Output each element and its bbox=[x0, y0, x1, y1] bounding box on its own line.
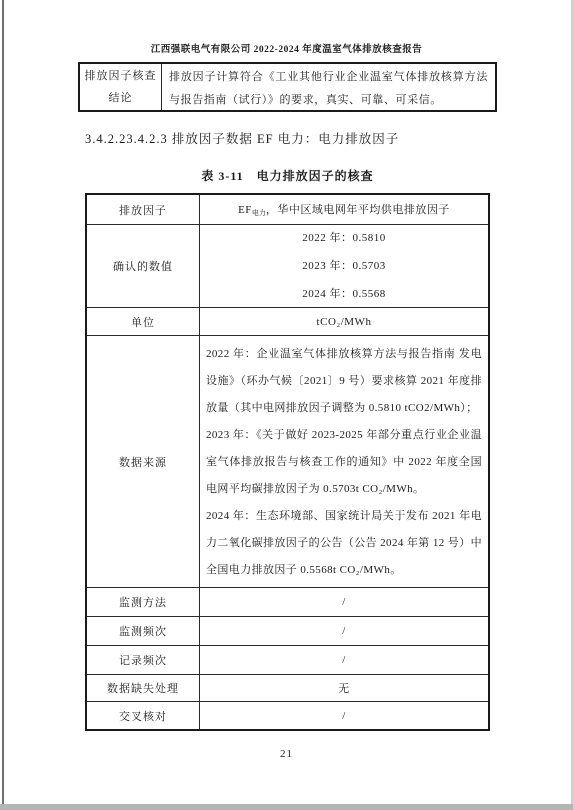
row-label-record-freq: 记录频次 bbox=[87, 646, 200, 674]
source-paragraph-2022: 2022 年：企业温室气体排放核算方法与报告指南 发电设施》（环办气候〔2021… bbox=[206, 341, 482, 422]
confirmed-value-2022: 2022 年：0.5810 bbox=[302, 224, 386, 252]
row-value-factor: EF电力，华中区域电网年平均供电排放因子 bbox=[200, 195, 488, 224]
row-value-record-freq: / bbox=[200, 646, 488, 674]
conclusion-label-line2: 结论 bbox=[109, 87, 133, 109]
row-label-unit: 单位 bbox=[87, 308, 200, 335]
section-heading: 3.4.2.23.4.2.3 排放因子数据 EF 电力：电力排放因子 bbox=[85, 129, 545, 147]
row-value-missing-data: 无 bbox=[200, 675, 488, 701]
table-row-monitor-method: 监测方法 / bbox=[87, 587, 488, 616]
row-label-confirmed: 确认的数值 bbox=[87, 225, 200, 307]
row-label-monitor-freq: 监测频次 bbox=[87, 617, 200, 645]
ef-symbol: EF电力，华中区域电网年平均供电排放因子 bbox=[238, 201, 450, 218]
table-row-data-source: 数据来源 2022 年：企业温室气体排放核算方法与报告指南 发电设施》（环办气候… bbox=[87, 335, 488, 587]
table-row-confirmed-values: 确认的数值 2022 年：0.5810 2023 年：0.5703 2024 年… bbox=[87, 224, 488, 307]
table-row-record-freq: 记录频次 / bbox=[87, 645, 488, 674]
conclusion-table: 排放因子核查 结论 排放因子计算符合《工业其他行业企业温室气体排放核算方法与报告… bbox=[78, 62, 497, 112]
ef-prefix: EF bbox=[238, 204, 252, 216]
table-row-missing-data: 数据缺失处理 无 bbox=[87, 674, 488, 701]
row-label-factor: 排放因子 bbox=[87, 195, 200, 224]
page-edge-left bbox=[2, 0, 4, 810]
table-title: 表 3-11 电力排放因子的核查 bbox=[85, 167, 490, 184]
row-value-cross-check: / bbox=[200, 702, 488, 729]
row-value-unit: tCO₂/MWh bbox=[200, 308, 488, 335]
table-row-unit: 单位 tCO₂/MWh bbox=[87, 307, 488, 335]
verification-table: 排放因子 EF电力，华中区域电网年平均供电排放因子 确认的数值 2022 年：0… bbox=[85, 193, 490, 731]
row-value-source: 2022 年：企业温室气体排放核算方法与报告指南 发电设施》（环办气候〔2021… bbox=[200, 336, 488, 587]
row-label-cross-check: 交叉核对 bbox=[87, 702, 200, 729]
ef-subscript: 电力 bbox=[252, 209, 266, 217]
table-row-monitor-freq: 监测频次 / bbox=[87, 616, 488, 645]
row-label-source: 数据来源 bbox=[87, 336, 200, 587]
row-value-monitor-freq: / bbox=[200, 617, 488, 645]
ef-description: ，华中区域电网年平均供电排放因子 bbox=[266, 204, 450, 216]
table-row-factor: 排放因子 EF电力，华中区域电网年平均供电排放因子 bbox=[87, 195, 488, 224]
document-header-title: 江西强联电气有限公司 2022-2024 年度温室气体排放核查报告 bbox=[0, 41, 573, 55]
source-paragraph-2024: 2024 年：生态环境部、国家统计局关于发布 2021 年电力二氧化碳排放因子的… bbox=[206, 503, 482, 584]
confirmed-value-2024: 2024 年：0.5568 bbox=[302, 280, 386, 308]
row-label-monitor-method: 监测方法 bbox=[87, 588, 200, 616]
table-row-cross-check: 交叉核对 / bbox=[87, 701, 488, 729]
conclusion-row-label: 排放因子核查 结论 bbox=[80, 64, 162, 110]
page-edge-bottom bbox=[0, 804, 573, 810]
source-paragraph-2023: 2023 年：《关于做好 2023-2025 年部分重点行业企业温室气体排放报告… bbox=[206, 422, 482, 503]
conclusion-label-line1: 排放因子核查 bbox=[85, 65, 157, 87]
row-value-confirmed: 2022 年：0.5810 2023 年：0.5703 2024 年：0.556… bbox=[200, 225, 488, 307]
confirmed-value-2023: 2023 年：0.5703 bbox=[302, 252, 386, 280]
row-label-missing-data: 数据缺失处理 bbox=[87, 675, 200, 701]
conclusion-text: 排放因子计算符合《工业其他行业企业温室气体排放核算方法与报告指南（试行）》的要求… bbox=[162, 64, 495, 110]
row-value-monitor-method: / bbox=[200, 588, 488, 616]
page-number: 21 bbox=[0, 748, 573, 760]
